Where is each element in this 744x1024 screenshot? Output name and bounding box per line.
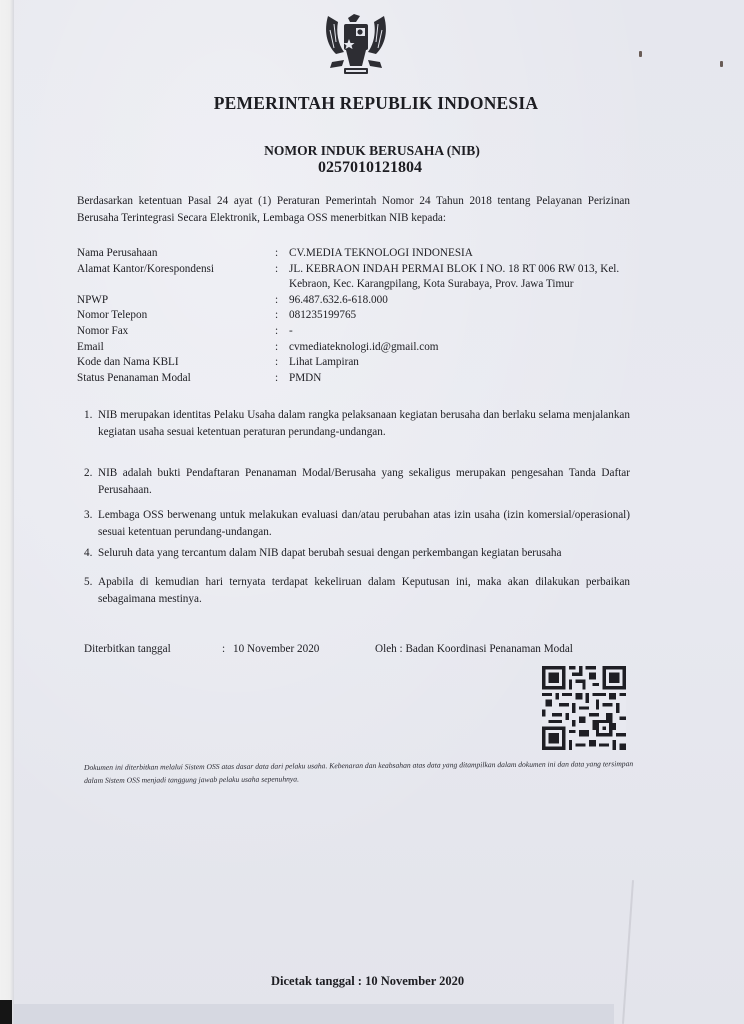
garuda-emblem-icon [322, 10, 390, 82]
info-row-npwp: NPWP : 96.487.632.6-618.000 [77, 293, 637, 309]
info-row-company-name: Nama Perusahaan : CV.MEDIA TEKNOLOGI IND… [77, 246, 637, 262]
info-label: Email [77, 340, 275, 356]
issued-date-colon: : [222, 643, 225, 655]
info-row-email: Email : cvmediateknologi.id@gmail.com [77, 340, 637, 356]
note-item: 4. Seluruh data yang tercantum dalam NIB… [84, 545, 561, 562]
paper-speck [639, 51, 642, 57]
info-colon: : [275, 355, 289, 371]
note-number: 1. [84, 407, 98, 441]
nib-number: 0257010121804 [0, 159, 742, 177]
info-value: 081235199765 [289, 308, 627, 324]
info-row-investment-status: Status Penanaman Modal : PMDN [77, 371, 637, 387]
company-info-table: Nama Perusahaan : CV.MEDIA TEKNOLOGI IND… [77, 246, 637, 386]
note-number: 3. [84, 507, 98, 541]
info-colon: : [275, 246, 289, 262]
info-row-kbli: Kode dan Nama KBLI : Lihat Lampiran [77, 355, 637, 371]
note-text: NIB adalah bukti Pendaftaran Penanaman M… [98, 465, 630, 499]
note-item: 2. NIB adalah bukti Pendaftaran Penanama… [84, 465, 630, 499]
info-colon: : [275, 293, 289, 309]
info-label: Kode dan Nama KBLI [77, 355, 275, 371]
printed-date: Dicetak tanggal : 10 November 2020 [271, 974, 464, 989]
note-item: 3. Lembaga OSS berwenang untuk melakukan… [84, 507, 630, 541]
info-row-phone: Nomor Telepon : 081235199765 [77, 308, 637, 324]
info-row-address: Alamat Kantor/Korespondensi : JL. KEBRAO… [77, 262, 637, 293]
info-label: NPWP [77, 293, 275, 309]
info-label: Status Penanaman Modal [77, 371, 275, 387]
paper-bottom-band [14, 1004, 614, 1024]
info-label: Nomor Fax [77, 324, 275, 340]
info-label: Nomor Telepon [77, 308, 275, 324]
issued-by: Oleh : Badan Koordinasi Penanaman Modal [375, 643, 573, 655]
info-value: cvmediateknologi.id@gmail.com [289, 340, 627, 356]
info-colon: : [275, 340, 289, 356]
info-value: 96.487.632.6-618.000 [289, 293, 627, 309]
issued-date-label: Diterbitkan tanggal [84, 643, 171, 655]
note-item: 5. Apabila di kemudian hari ternyata ter… [84, 574, 630, 608]
note-text: NIB merupakan identitas Pelaku Usaha dal… [98, 407, 630, 441]
info-value: CV.MEDIA TEKNOLOGI INDONESIA [289, 246, 627, 262]
note-text: Apabila di kemudian hari ternyata terdap… [98, 574, 630, 608]
info-colon: : [275, 262, 289, 293]
note-text: Lembaga OSS berwenang untuk melakukan ev… [98, 507, 630, 541]
qr-code-icon [542, 666, 626, 750]
note-item: 1. NIB merupakan identitas Pelaku Usaha … [84, 407, 630, 441]
note-number: 5. [84, 574, 98, 608]
info-value: PMDN [289, 371, 627, 387]
info-row-fax: Nomor Fax : - [77, 324, 637, 340]
info-label: Nama Perusahaan [77, 246, 275, 262]
note-number: 2. [84, 465, 98, 499]
note-number: 4. [84, 545, 98, 562]
info-colon: : [275, 308, 289, 324]
info-value: Lihat Lampiran [289, 355, 627, 371]
info-colon: : [275, 371, 289, 387]
info-value: JL. KEBRAON INDAH PERMAI BLOK I NO. 18 R… [289, 262, 627, 293]
note-text: Seluruh data yang tercantum dalam NIB da… [98, 545, 561, 562]
nib-title: NOMOR INDUK BERUSAHA (NIB) [0, 143, 744, 159]
government-title: PEMERINTAH REPUBLIK INDONESIA [4, 93, 744, 114]
info-value: - [289, 324, 627, 340]
paper-speck [720, 61, 723, 67]
info-label: Alamat Kantor/Korespondensi [77, 262, 275, 293]
issued-date-value: 10 November 2020 [233, 643, 319, 655]
info-colon: : [275, 324, 289, 340]
intro-paragraph: Berdasarkan ketentuan Pasal 24 ayat (1) … [77, 193, 630, 227]
scan-corner-shadow [0, 1000, 12, 1024]
disclaimer-text: Dokumen ini diterbitkan melalui Sistem O… [84, 758, 644, 787]
